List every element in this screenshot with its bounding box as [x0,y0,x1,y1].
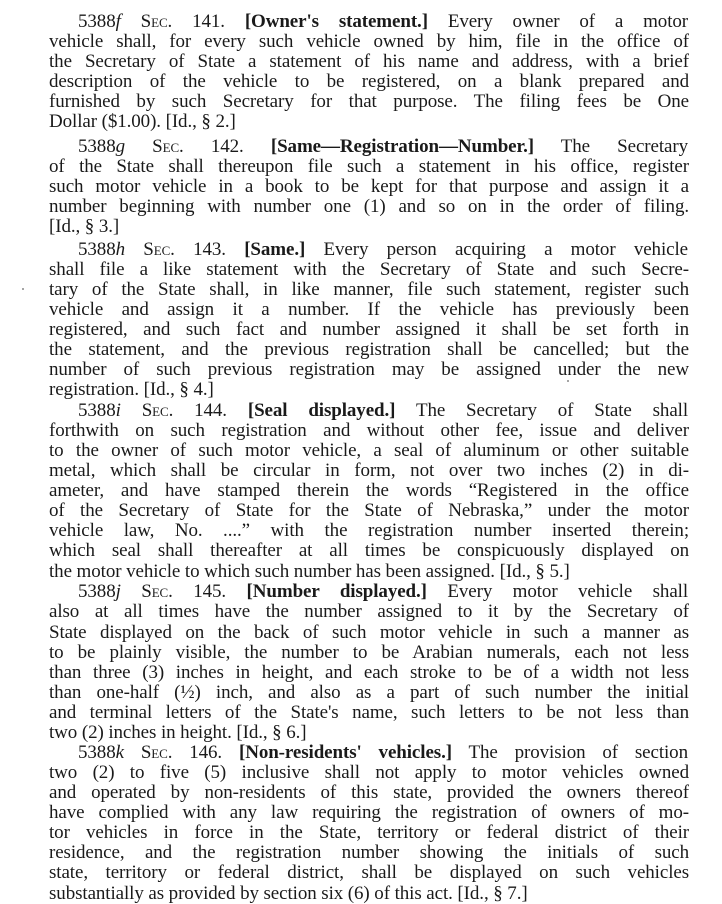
section-line-last: substantially as provided by section six… [49,884,689,904]
section-first-line: 5388k Sec. 146. [Non-residents' vehicles… [78,743,688,763]
section-line: furnished by such Secretary for that pur… [49,92,689,112]
section-number: Sec. 144. [142,401,227,421]
section-text: The Secretary of State shall [416,401,688,421]
document-page: 5388f Sec. 141. [Owner's statement.] Eve… [0,0,722,904]
scan-speck [22,288,24,290]
section-heading: [Owner's statement.] [245,12,428,32]
section-line: vehicle and assign it a number. If the v… [49,300,689,320]
section-number: Sec. 143. [143,240,226,260]
section-number: Sec. 145. [141,582,226,602]
section-code: 5388k [78,743,124,763]
section-line: tary of the State shall, in like manner,… [49,280,689,300]
section-line: number of such previous registration may… [49,360,689,380]
section-heading: [Same.] [244,240,305,260]
section-heading: [Seal displayed.] [248,401,396,421]
section-line: such motor vehicle in a book to be kept … [49,177,689,197]
section-line: description of the vehicle to be registe… [49,72,689,92]
section-line: State displayed on the back of such moto… [49,623,689,643]
section-line: vehicle shall, for every such vehicle ow… [49,32,689,52]
section-line-last: registration. [Id., § 4.] [49,380,689,400]
section-text: The Secretary [561,137,688,157]
section-heading: [Number displayed.] [247,582,427,602]
section-first-line: 5388i Sec. 144. [Seal displayed.] The Se… [78,401,688,421]
section-line: two (2) to five (5) inclusive shall not … [49,763,689,783]
section-text: The provision of section [469,743,689,763]
section-code: 5388j [78,582,121,602]
section-heading: [Non-residents' vehicles.] [239,743,452,763]
section-line: tor vehicles in force in the State, terr… [49,823,689,843]
section-line: also at all times have the number assign… [49,602,689,622]
section-line: shall file a like statement with the Sec… [49,260,689,280]
section-first-line: 5388g Sec. 142. [Same—Registration—Numbe… [78,137,688,157]
section-line: of the State shall thereupon file such a… [49,157,689,177]
section-line: vehicle law, No. ....” with the registra… [49,521,689,541]
section-line: of the Secretary of State for the State … [49,501,689,521]
section-first-line: 5388f Sec. 141. [Owner's statement.] Eve… [78,12,688,32]
section-line: ameter, and have stamped therein the wor… [49,481,689,501]
section-line: than three (3) inches in height, and eac… [49,663,689,683]
section-code: 5388i [78,401,121,421]
section-line: to be plainly visible, the number to be … [49,643,689,663]
section-line: residence, and the registration number s… [49,843,689,863]
section-line: and operated by non-residents of this st… [49,783,689,803]
section-line: to the owner of such motor vehicle, a se… [49,441,689,461]
section-line: which seal shall thereafter at all times… [49,541,689,561]
section-number: Sec. 141. [141,12,225,32]
section-first-line: 5388j Sec. 145. [Number displayed.] Ever… [78,582,688,602]
section-code: 5388h [78,240,125,260]
section-code: 5388f [78,12,121,32]
section-text: Every person acquiring a motor vehicle [324,240,688,260]
section-line: the Secretary of State a statement of hi… [49,52,689,72]
section-line: and terminal letters of the State's name… [49,703,689,723]
section-text: Every owner of a motor [448,12,688,32]
section-line: have complied with any law requiring the… [49,803,689,823]
section-heading: [Same—Registration—Number.] [271,137,534,157]
section-line: metal, which shall be circular in form, … [49,461,689,481]
section-text: Every motor vehicle shall [447,582,688,602]
section-line: state, territory or federal district, sh… [49,863,689,883]
section-first-line: 5388h Sec. 143. [Same.] Every person acq… [78,240,688,260]
section-line-last: the motor vehicle to which such number h… [49,562,689,582]
section-line: the statement, and the previous registra… [49,340,689,360]
section-number: Sec. 142. [152,137,244,157]
section-line-last: Dollar ($1.00). [Id., § 2.] [49,112,689,132]
section-number: Sec. 146. [141,743,222,763]
section-line: forthwith on such registration and witho… [49,421,689,441]
section-line: registered, and such fact and number ass… [49,320,689,340]
section-line: number beginning with number one (1) and… [49,197,689,217]
scan-speck [567,380,569,382]
section-line: than one-half (½) inch, and also as a pa… [49,683,689,703]
section-code: 5388g [78,137,125,157]
section-line-last: [Id., § 3.] [49,217,689,237]
section-line-last: two (2) inches in height. [Id., § 6.] [49,723,689,743]
